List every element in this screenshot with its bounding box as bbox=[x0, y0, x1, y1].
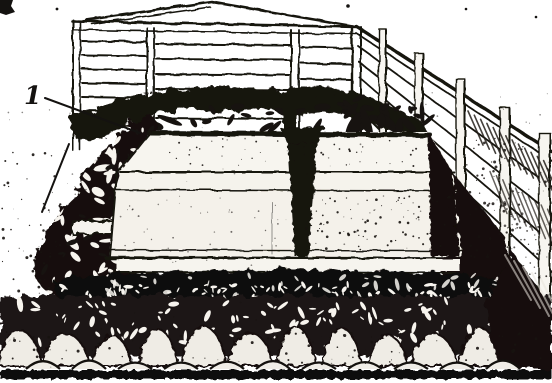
tarp-front-face bbox=[109, 190, 464, 257]
figure-illustration: 1 bbox=[0, 0, 552, 383]
bottom-border-rule bbox=[0, 370, 552, 379]
illustration-canvas: 1 bbox=[0, 0, 552, 383]
callout-label-1: 1 bbox=[24, 81, 41, 110]
tarp-chamfer bbox=[115, 171, 459, 190]
